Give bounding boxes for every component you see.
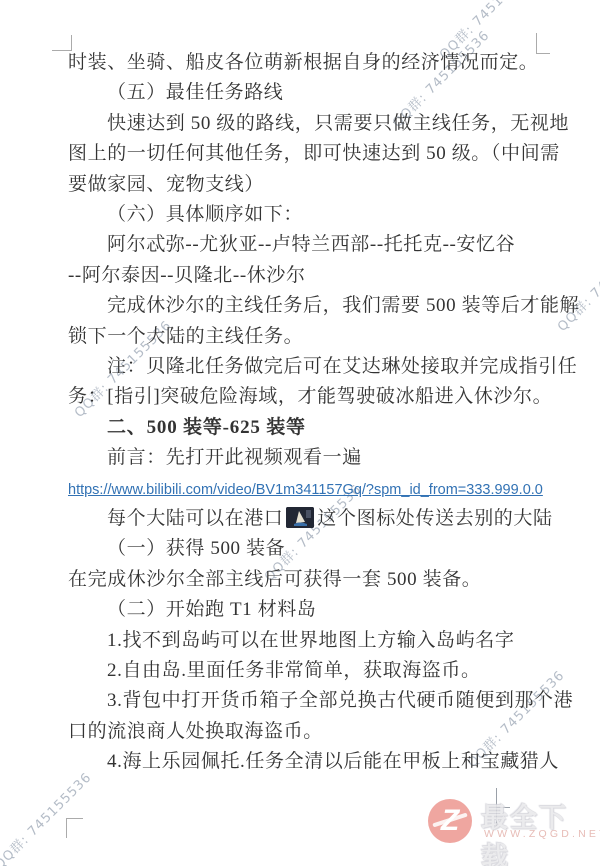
zqgd-logo-url: WWW.ZQGD.NET [484, 828, 600, 840]
text-line: 快速达到 50 级的路线，只需要只做主线任务，无视地 [68, 111, 600, 137]
port-teleport-icon [286, 507, 314, 528]
text-line: 前言：先打开此视频观看一遍 [68, 445, 600, 471]
text-segment: 这个图标处传送去别的大陆 [317, 508, 552, 529]
text-line: 阿尔忒弥--尤狄亚--卢特兰西部--托托克--安忆谷 [68, 232, 600, 258]
zqgd-z-icon: Z [428, 799, 472, 843]
text-line: （一）获得 500 装备 [68, 536, 600, 562]
margin-mark-top-left-v [71, 35, 72, 51]
text-line: 4.海上乐园佩托.任务全清以后能在甲板上和宝藏猎人 [68, 749, 600, 775]
text-segment: 每个大陆可以在港口 [107, 508, 283, 529]
text-line: 图上的一切任何其他任务，即可快速达到 50 级。（中间需 [68, 141, 568, 167]
text-line: 时装、坐骑、船皮各位萌新根据自身的经济情况而定。 [68, 50, 568, 76]
text-line: 注：贝隆北任务做完后可在艾达琳处接取并完成指引任 [68, 354, 600, 380]
text-line: 要做家园、宠物支线） [68, 172, 568, 198]
text-line: （二）开始跑 T1 材料岛 [68, 597, 600, 623]
text-line: 在完成休沙尔全部主线后可获得一套 500 装备。 [68, 567, 568, 593]
text-line: --阿尔泰因--贝隆北--休沙尔 [68, 263, 568, 289]
text-line: 务：[指引]突破危险海域，才能驾驶破冰船进入休沙尔。 [68, 384, 568, 410]
text-line: 2.自由岛.里面任务非常简单，获取海盗币。 [68, 658, 600, 684]
margin-mark-bottom-left-v [66, 818, 67, 838]
margin-mark-bottom-left-h [66, 818, 83, 819]
text-line: （六）具体顺序如下： [68, 202, 600, 228]
text-line: 每个大陆可以在港口这个图标处传送去别的大陆 [68, 506, 600, 532]
text-line: （五）最佳任务路线 [68, 80, 600, 106]
text-line: 3.背包中打开货币箱子全部兑换古代硬币随便到那个港 [68, 688, 600, 714]
text-line: 1.找不到岛屿可以在世界地图上方输入岛屿名字 [68, 628, 600, 654]
text-line: 口的流浪商人处换取海盗币。 [68, 719, 568, 745]
text-line: 锁下一个大陆的主线任务。 [68, 324, 568, 350]
text-line: 完成休沙尔的主线任务后，我们需要 500 装等后才能解 [68, 293, 600, 319]
bilibili-video-link[interactable]: https://www.bilibili.com/video/BV1m34115… [68, 482, 543, 498]
text-line: https://www.bilibili.com/video/BV1m34115… [68, 476, 568, 502]
document-page: QQ群: 745155536QQ群: 745155536QQ群: 7451555… [0, 0, 600, 866]
zqgd-logo-watermark: Z 最全下载 WWW.ZQGD.NET [428, 795, 592, 851]
qq-group-watermark: QQ群: 745155536 [0, 767, 95, 866]
section-heading: 二、500 装等-625 装等 [68, 415, 600, 441]
